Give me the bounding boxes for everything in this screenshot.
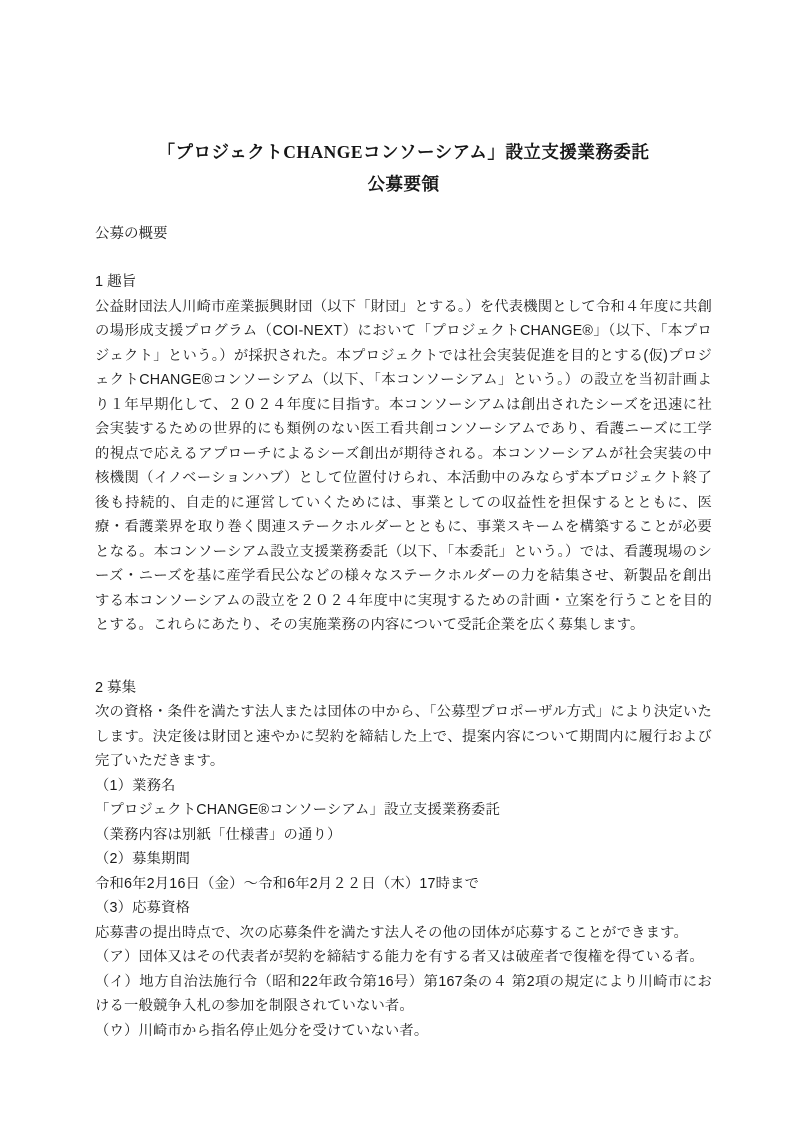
document-title-line-2: 公募要領 [95,168,712,200]
item-eligibility-a: （ア）団体又はその代表者が契約を締結する能力を有する者又は破産者で復権を得ている… [95,945,712,970]
item-business-name-label: （1）業務名 [95,774,712,799]
document-title-block: 「プロジェクトCHANGEコンソーシアム」設立支援業務委託 公募要領 [95,136,712,200]
section-purpose-body: 公益財団法人川崎市産業振興財団（以下「財団」とする。）を代表機関として令和４年度… [95,295,712,638]
item-business-name-value: 「プロジェクトCHANGE®コンソーシアム」設立支援業務委託 [95,798,712,823]
item-eligibility-intro: 応募書の提出時点で、次の応募条件を満たす法人その他の団体が応募することができます… [95,921,712,946]
section-recruitment: 2 募集 次の資格・条件を満たす法人または団体の中から、「公募型プロポーザル方式… [95,676,712,1044]
item-business-name-note: （業務内容は別紙「仕様書」の通り） [95,823,712,848]
item-period-label: （2）募集期間 [95,847,712,872]
section-recruitment-intro: 次の資格・条件を満たす法人または団体の中から、「公募型プロポーザル方式」により決… [95,700,712,774]
overview-heading: 公募の概要 [95,222,712,246]
section-purpose: 1 趣旨 公益財団法人川崎市産業振興財団（以下「財団」とする。）を代表機関として… [95,270,712,638]
item-eligibility-c: （ウ）川崎市から指名停止処分を受けていない者。 [95,1019,712,1044]
item-eligibility-label: （3）応募資格 [95,896,712,921]
section-purpose-heading: 1 趣旨 [95,270,712,295]
document-page: 「プロジェクトCHANGEコンソーシアム」設立支援業務委託 公募要領 公募の概要… [0,0,800,1132]
item-period-value: 令和6年2月16日（金）～令和6年2月２２日（木）17時まで [95,872,712,897]
item-eligibility-b: （イ）地方自治法施行令（昭和22年政令第16号）第167条の４ 第2項の規定によ… [95,970,712,1019]
section-recruitment-heading: 2 募集 [95,676,712,701]
document-title-line-1: 「プロジェクトCHANGEコンソーシアム」設立支援業務委託 [95,136,712,168]
